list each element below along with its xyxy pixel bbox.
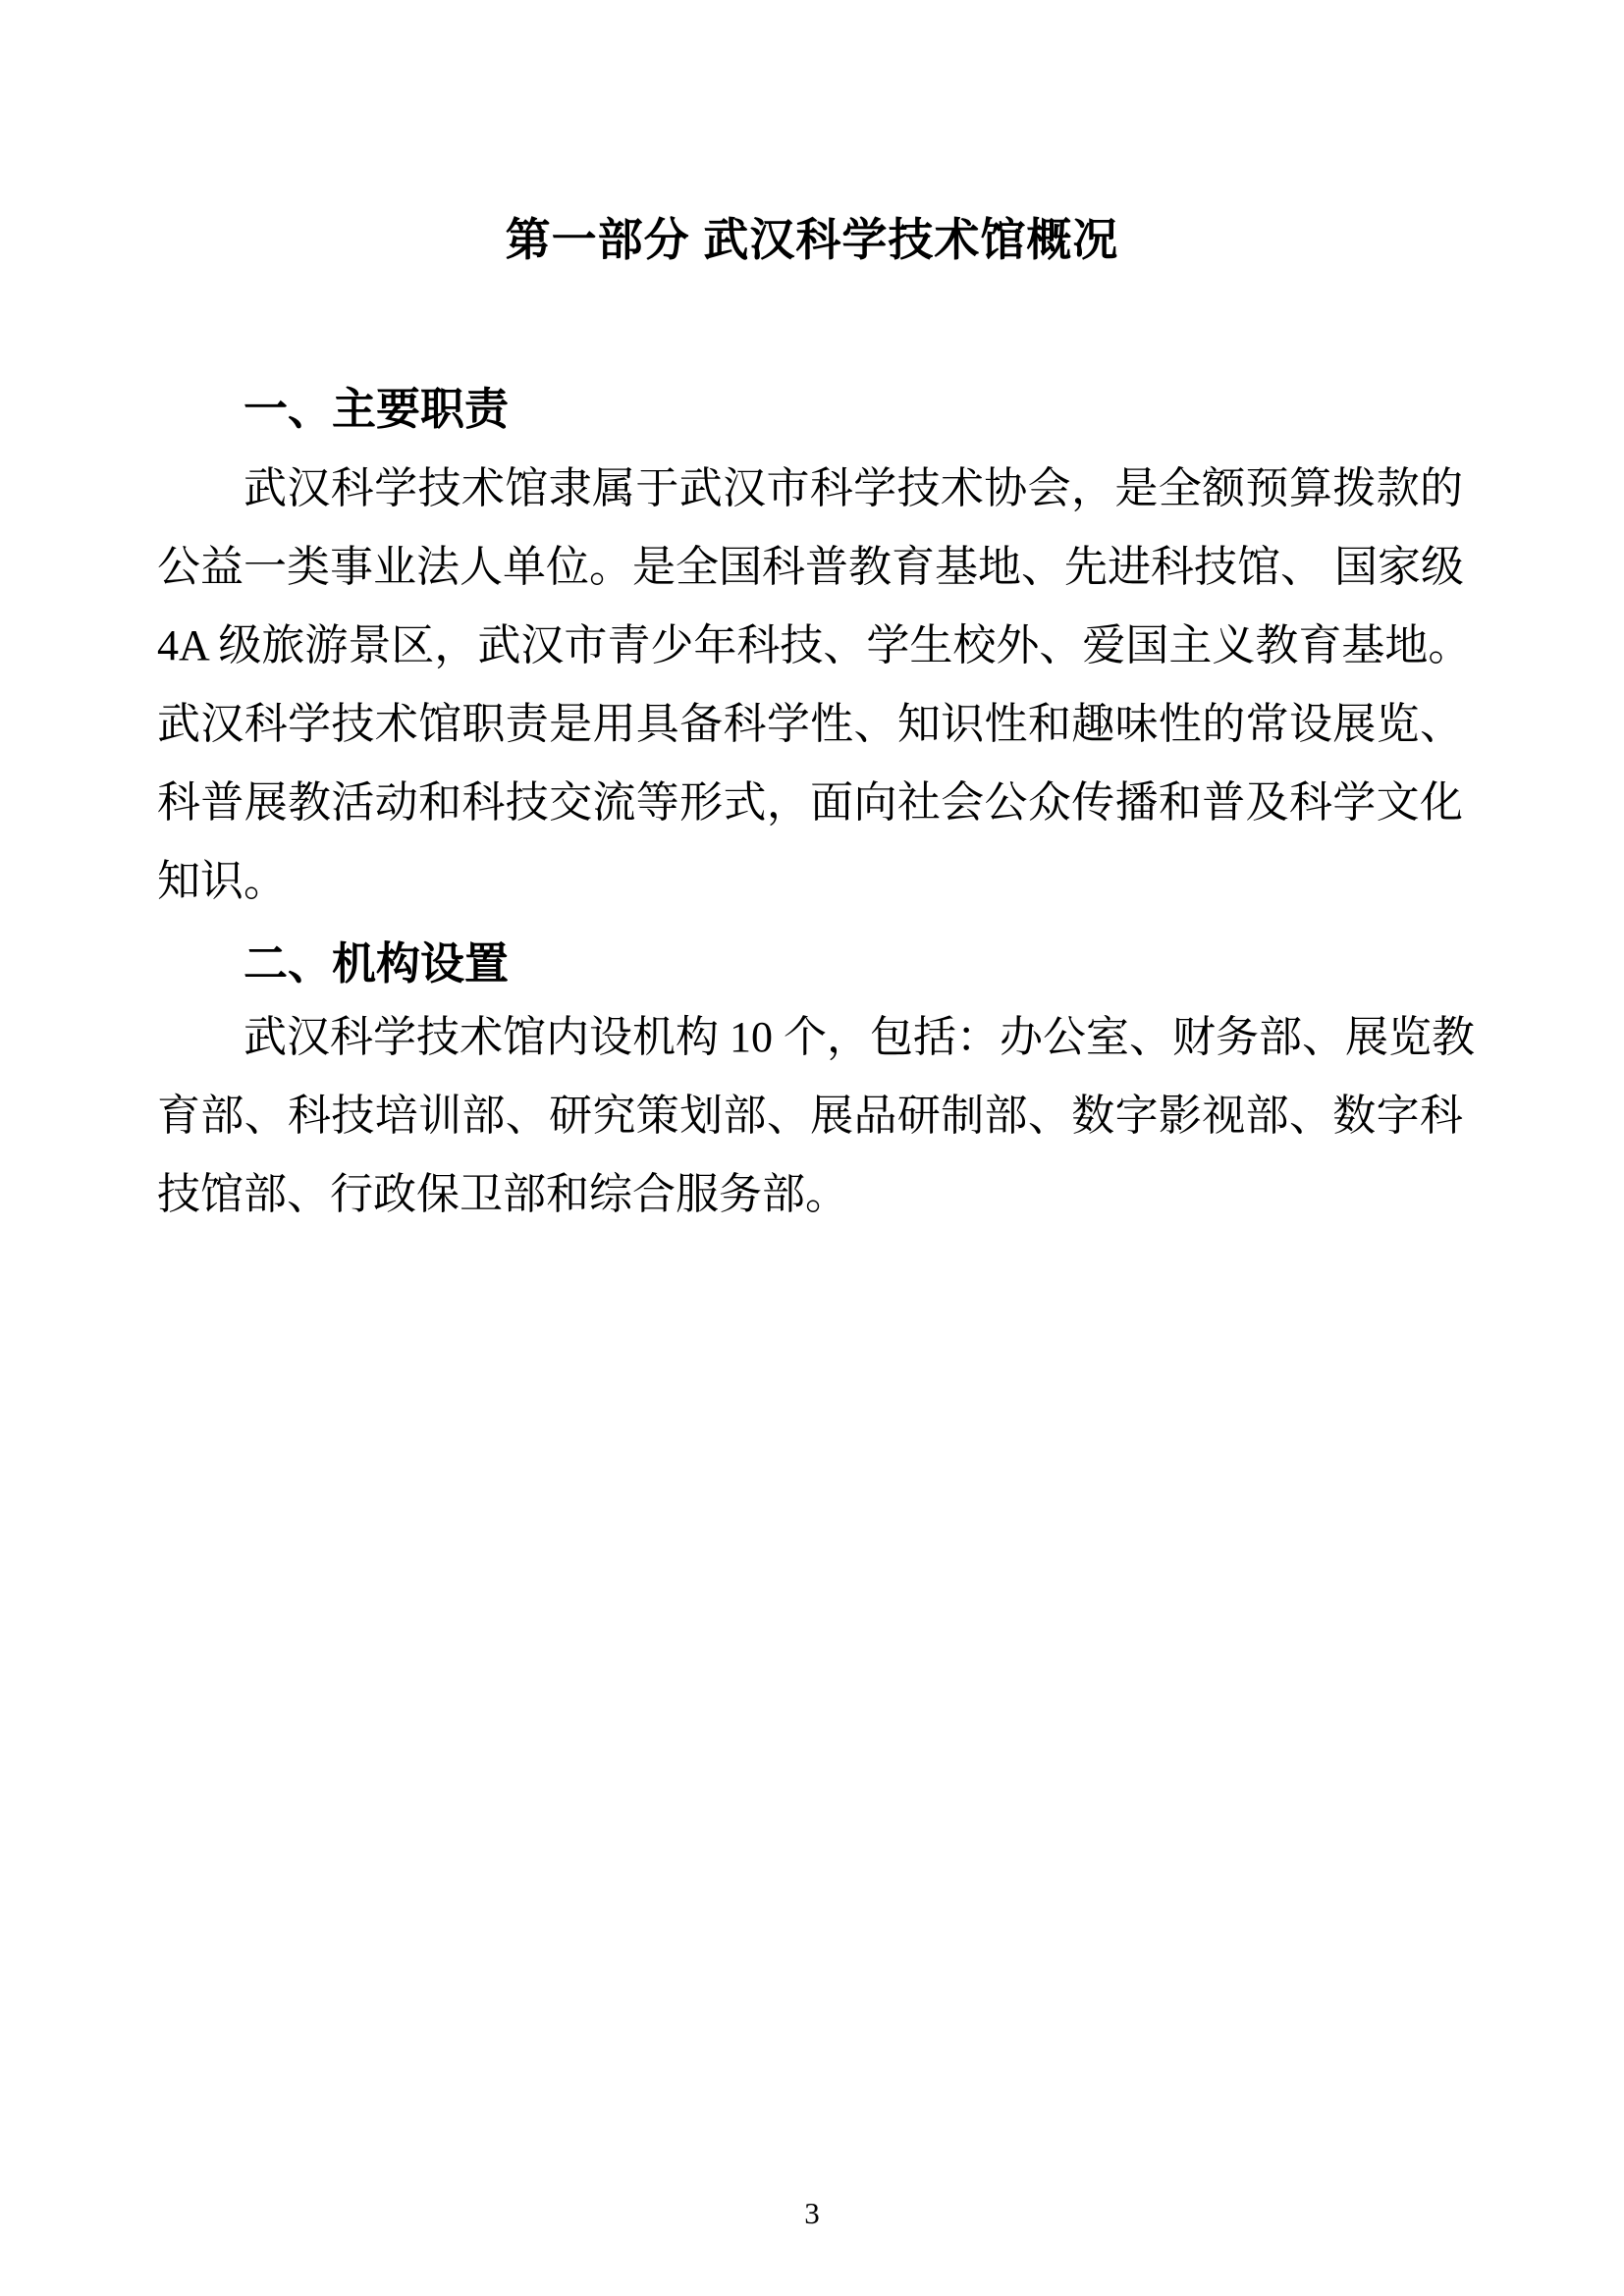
paragraph-line: 科普展教活动和科技交流等形式，面向社会公众传播和普及科学文化 <box>157 764 1463 842</box>
paragraph-line: 武汉科学技术馆内设机构 10 个，包括：办公室、财务部、展览教 <box>157 998 1463 1077</box>
paragraph-line: 4A 级旅游景区，武汉市青少年科技、学生校外、爱国主义教育基地。 <box>157 607 1463 685</box>
page-number: 3 <box>0 2197 1624 2230</box>
document-content: 一、主要职责 武汉科学技术馆隶属于武汉市科学技术协会，是全额预算拨款的 公益一类… <box>157 385 1463 1234</box>
paragraph-main-duties: 武汉科学技术馆隶属于武汉市科学技术协会，是全额预算拨款的 公益一类事业法人单位。… <box>157 450 1463 921</box>
paragraph-line: 技馆部、行政保卫部和综合服务部。 <box>157 1155 1463 1234</box>
paragraph-line: 公益一类事业法人单位。是全国科普教育基地、先进科技馆、 国家级 <box>157 528 1463 607</box>
document-page: 第一部分 武汉科学技术馆概况 一、主要职责 武汉科学技术馆隶属于武汉市科学技术协… <box>0 0 1624 2296</box>
paragraph-line: 育部、科技培训部、研究策划部、展品研制部、数字影视部、数字科 <box>157 1077 1463 1155</box>
paragraph-organization: 武汉科学技术馆内设机构 10 个，包括：办公室、财务部、展览教 育部、科技培训部… <box>157 998 1463 1234</box>
paragraph-line: 武汉科学技术馆职责是用具备科学性、知识性和趣味性的常设展览、 <box>157 685 1463 764</box>
paragraph-line: 武汉科学技术馆隶属于武汉市科学技术协会，是全额预算拨款的 <box>157 450 1463 528</box>
paragraph-line: 知识。 <box>157 842 1463 921</box>
document-title: 第一部分 武汉科学技术馆概况 <box>0 0 1624 267</box>
section-heading-main-duties: 一、主要职责 <box>157 385 1463 434</box>
section-heading-organization: 二、机构设置 <box>157 939 1463 988</box>
